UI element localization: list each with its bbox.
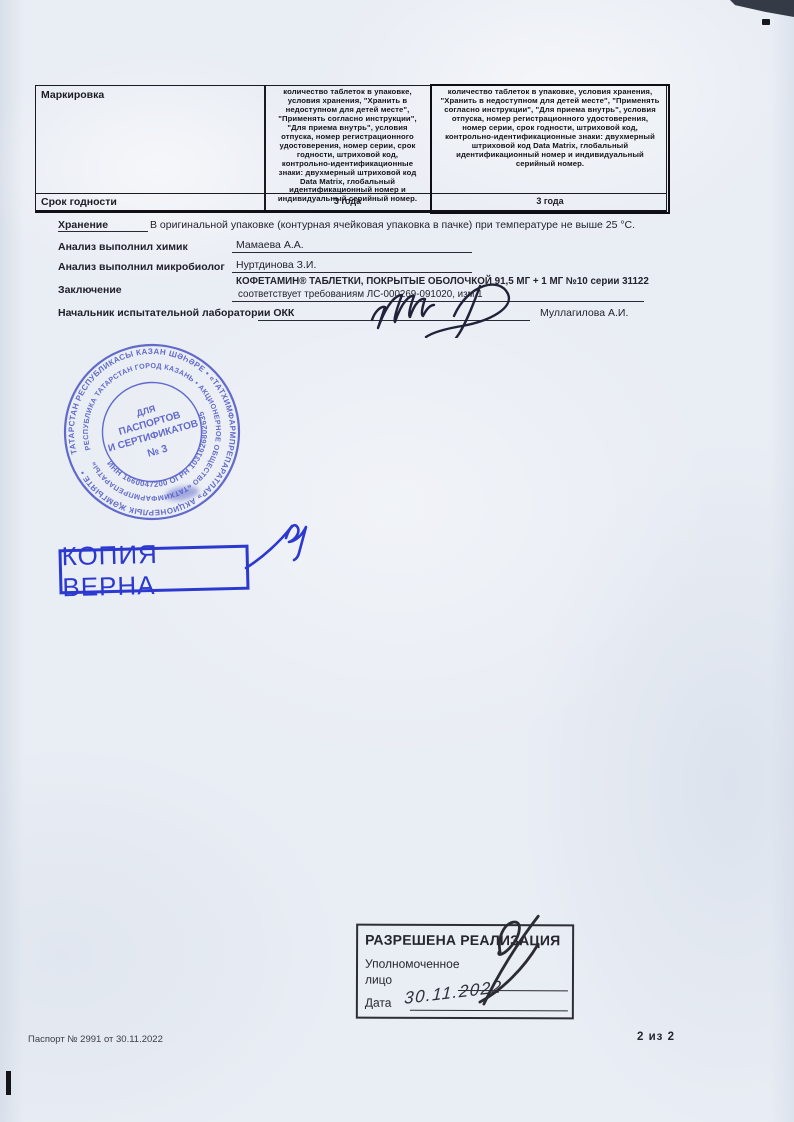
chemist-value: Мамаева А.А.	[236, 239, 304, 251]
storage-label-text: Хранение	[58, 219, 148, 232]
lab-head-label: Начальник испытательной лаборатории ОКК	[58, 307, 294, 319]
scanned-document-page: Маркировка количество таблеток в упаковк…	[0, 0, 794, 1122]
microbiologist-value: Нуртдинова З.И.	[236, 259, 316, 271]
release-date-label: Дата	[365, 996, 392, 1010]
table-label-shelf-life: Срок годности	[36, 193, 122, 211]
release-person-label-line2: лицо	[365, 973, 392, 987]
storage-value: В оригинальной упаковке (контурная ячейк…	[150, 219, 730, 231]
footer-passport-number: Паспорт № 2991 от 30.11.2022	[28, 1034, 163, 1045]
scan-edge-artifact	[6, 1071, 11, 1095]
release-signature	[450, 910, 560, 1010]
conclusion-label: Заключение	[58, 284, 122, 296]
round-stamp: ТАТАРСТАН РЕСПУБЛИКАСЫ КАЗАН ШӘҺӘРЕ • «Т…	[28, 308, 275, 555]
copy-stamp-text: КОПИЯ ВЕРНА	[61, 536, 246, 602]
table-marking-col1: количество таблеток в упаковке, условия …	[265, 86, 430, 193]
table-shelf-life-col1: 3 года	[265, 193, 430, 206]
scan-dot-artifact	[762, 19, 770, 25]
microbiologist-label: Анализ выполнил микробиолог	[58, 261, 225, 273]
copy-stamp-signature	[240, 510, 325, 575]
storage-label: Хранение	[58, 219, 148, 232]
table-marking-col2: количество таблеток в упаковке, условия …	[432, 86, 668, 193]
scan-corner-artifact	[730, 0, 794, 17]
round-stamp-center-line4: № 3	[146, 443, 169, 460]
table-label-marking: Маркировка	[36, 86, 109, 104]
marking-table: Маркировка количество таблеток в упаковк…	[35, 85, 667, 213]
lab-head-signature	[358, 276, 548, 338]
chemist-underline	[232, 252, 472, 253]
release-person-label-line1: Уполномоченное	[365, 957, 460, 971]
table-shelf-life-col2: 3 года	[432, 193, 668, 206]
chemist-label: Анализ выполнил химик	[58, 241, 188, 253]
microbiologist-underline	[232, 272, 472, 273]
lab-head-value: Муллагилова А.И.	[540, 307, 628, 319]
footer-page-number: 2 из 2	[637, 1031, 675, 1043]
copy-stamp: КОПИЯ ВЕРНА	[58, 545, 249, 595]
release-box: РАЗРЕШЕНА РЕАЛИЗАЦИЯ Уполномоченное лицо…	[356, 924, 574, 1020]
